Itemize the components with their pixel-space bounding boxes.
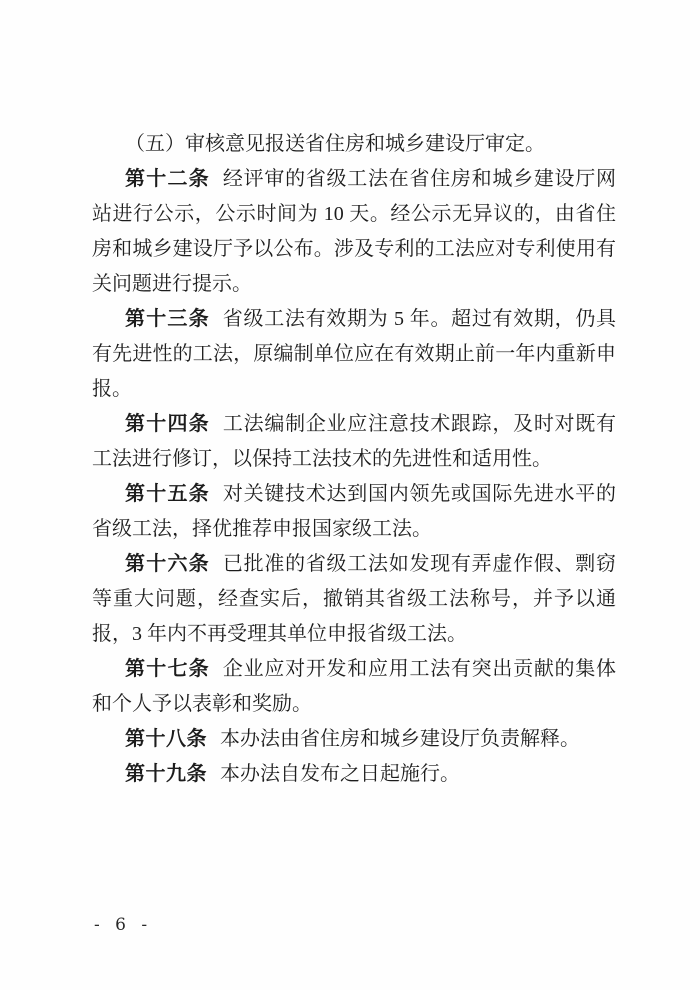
page-number: - 6 - [94,915,152,935]
paragraph-text: （五）审核意见报送省住房和城乡建设厅审定。 [125,133,545,155]
article-number-label: 第十四条 [125,413,210,435]
article-19-paragraph: 第十九条本办法自发布之日起施行。 [92,757,616,792]
article-16-paragraph: 第十六条已批准的省级工法如发现有弄虚作假、剽窃等重大问题，经查实后，撤销其省级工… [92,547,616,652]
article-12-paragraph: 第十二条经评审的省级工法在省住房和城乡建设厅网站进行公示，公示时间为 10 天。… [92,162,616,302]
article-number-label: 第十五条 [125,483,210,505]
article-18-paragraph: 第十八条本办法由省住房和城乡建设厅负责解释。 [92,722,616,757]
document-body: （五）审核意见报送省住房和城乡建设厅审定。 第十二条经评审的省级工法在省住房和城… [92,127,616,792]
article-number-label: 第十九条 [125,763,207,785]
clause-item-5: （五）审核意见报送省住房和城乡建设厅审定。 [92,127,616,162]
article-number-label: 第十三条 [125,308,210,330]
article-17-paragraph: 第十七条企业应对开发和应用工法有突出贡献的集体和个人予以表彰和奖励。 [92,652,616,722]
paragraph-text: 本办法自发布之日起施行。 [220,763,460,785]
article-15-paragraph: 第十五条对关键技术达到国内领先或国际先进水平的省级工法，择优推荐申报国家级工法。 [92,477,616,547]
article-14-paragraph: 第十四条工法编制企业应注意技术跟踪，及时对既有工法进行修订，以保持工法技术的先进… [92,407,616,477]
article-number-label: 第十二条 [125,168,210,190]
article-number-label: 第十六条 [125,553,210,575]
article-13-paragraph: 第十三条省级工法有效期为 5 年。超过有效期，仍具有先进性的工法，原编制单位应在… [92,302,616,407]
article-number-label: 第十七条 [125,658,210,680]
paragraph-text: 本办法由省住房和城乡建设厅负责解释。 [220,728,580,750]
document-page: （五）审核意见报送省住房和城乡建设厅审定。 第十二条经评审的省级工法在省住房和城… [0,0,700,990]
article-number-label: 第十八条 [125,728,207,750]
